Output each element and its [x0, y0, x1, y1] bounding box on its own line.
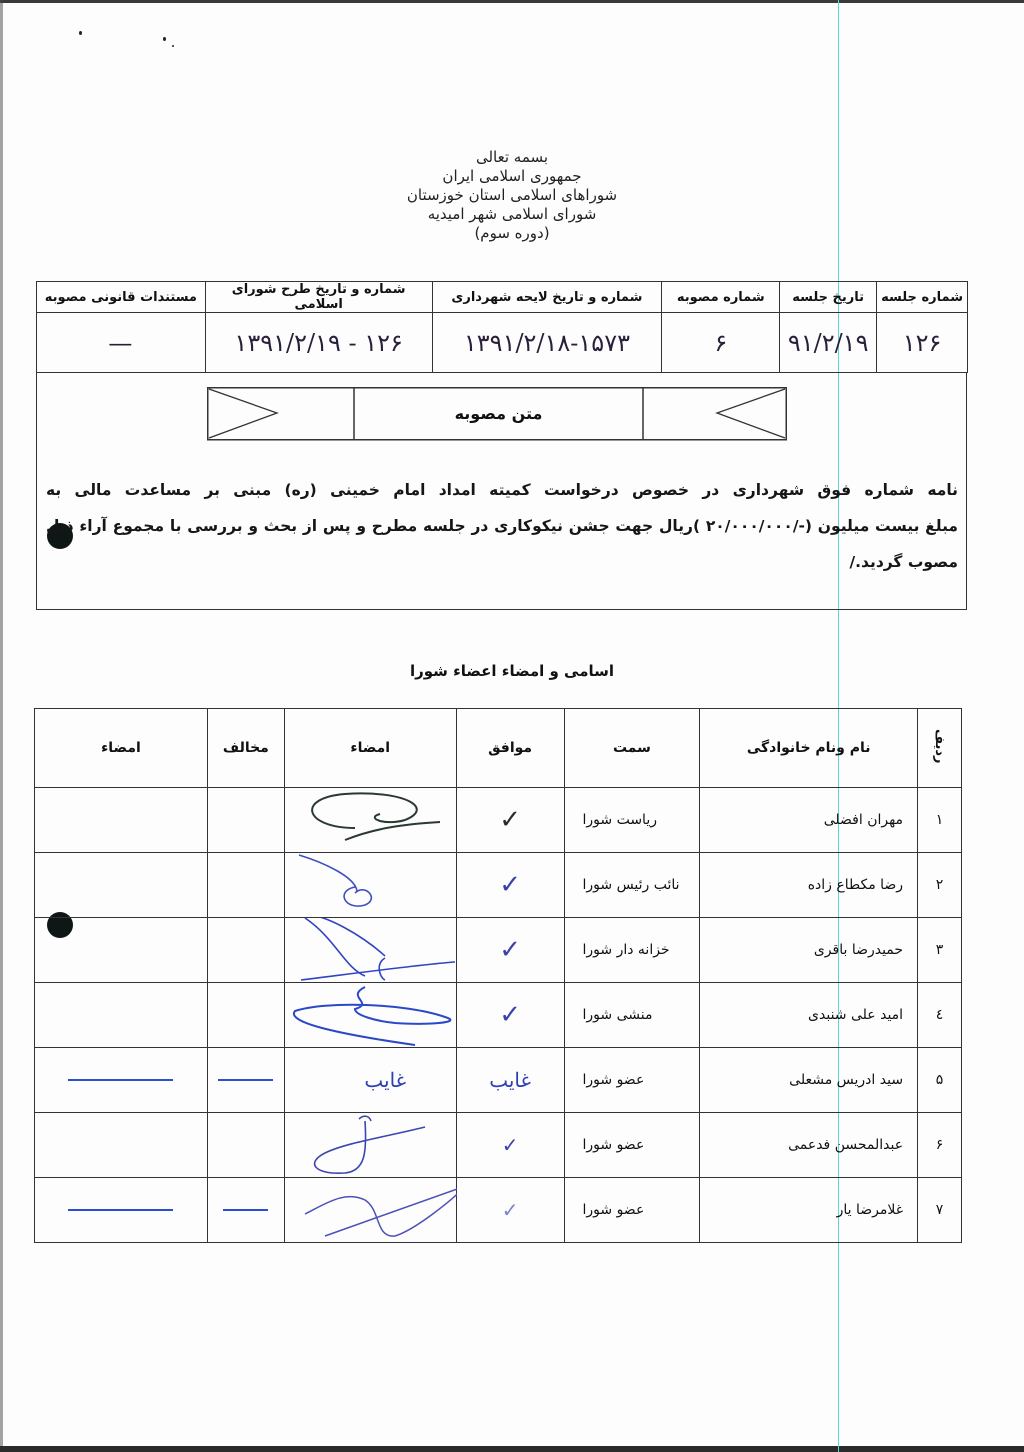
members-section-title: اسامی و امضاء اعضاء شورا: [300, 662, 724, 680]
agree-cell: ✓: [456, 788, 564, 853]
scan-speck: [172, 45, 174, 47]
agree-cell: ✓: [456, 1113, 564, 1178]
dash-mark-icon: [223, 1209, 268, 1211]
resolution-title-banner: متن مصوبه: [207, 387, 787, 440]
signature-cell: [284, 983, 456, 1048]
council-members-table: ردیف نام ونام خانوادگی سمت موافق امضاء م…: [34, 708, 962, 1243]
table-row: ۲ رضا مکطاع زاده نائب رئیس شورا ✓: [35, 853, 962, 918]
disagree-signature-cell: [35, 853, 208, 918]
col-session-date: تاریخ جلسه: [780, 282, 877, 313]
table-row: ٤ امید علی شنبدی منشی شورا ✓: [35, 983, 962, 1048]
dash-mark-icon: [68, 1079, 173, 1081]
checkmark-icon: ✓: [499, 805, 521, 835]
col-resolution-number: شماره مصوبه: [662, 282, 780, 313]
signature-cell: [284, 918, 456, 983]
signature-icon: [285, 853, 457, 917]
member-name: سید ادریس مشعلی: [700, 1048, 918, 1113]
signature-cell: [284, 788, 456, 853]
scan-edge-top: [0, 0, 1024, 3]
col-disagree: مخالف: [207, 709, 284, 788]
disagree-cell: [207, 983, 284, 1048]
col-municipality-bill: شماره و تاریخ لایحه شهرداری: [432, 282, 662, 313]
agree-cell: ✓: [456, 983, 564, 1048]
checkmark-icon: ✓: [502, 1198, 519, 1222]
disagree-signature-cell: [35, 1048, 208, 1113]
row-index: ۵: [918, 1048, 962, 1113]
member-role: ریاست شورا: [564, 788, 700, 853]
member-name: غلامرضا یار: [700, 1178, 918, 1243]
signature-icon: [285, 1113, 457, 1177]
col-council-plan: شماره و تاریخ طرح شورای اسلامی: [205, 282, 432, 313]
checkmark-icon: ✓: [499, 870, 521, 900]
resolution-number-value: ۶: [662, 313, 780, 373]
col-disagree-signature: امضاء: [35, 709, 208, 788]
row-index: ٤: [918, 983, 962, 1048]
scan-speck: [163, 37, 166, 41]
resolution-paragraph: نامه شماره فوق شهرداری در خصوص درخواست ک…: [46, 472, 958, 580]
member-name: رضا مکطاع زاده: [700, 853, 918, 918]
disagree-cell: [207, 853, 284, 918]
disagree-cell: [207, 1178, 284, 1243]
disagree-signature-cell: [35, 1178, 208, 1243]
table-row: ۱ مهران افضلی ریاست شورا ✓: [35, 788, 962, 853]
row-index: ۲: [918, 853, 962, 918]
col-legal-basis: مستندات قانونی مصوبه: [37, 282, 206, 313]
absent-note: غایب: [334, 1068, 406, 1092]
signature-cell: غایب: [284, 1048, 456, 1113]
table-row: ۷ غلامرضا یار عضو شورا ✓: [35, 1178, 962, 1243]
agree-cell: ✓: [456, 918, 564, 983]
disagree-signature-cell: [35, 983, 208, 1048]
member-name: مهران افضلی: [700, 788, 918, 853]
municipality-bill-value: ۱۳۹۱/۲/۱۸-۱۵۷۳: [432, 313, 662, 373]
signature-icon: [285, 788, 457, 852]
scan-edge-bottom: [0, 1446, 1024, 1452]
council-plan-value: ۱۳۹۱/۲/۱۹ - ۱۲۶: [205, 313, 432, 373]
resolution-text-title: متن مصوبه: [354, 387, 643, 440]
checkmark-icon: ✓: [502, 1133, 519, 1157]
table-row: ۳ حمیدرضا باقری خزانه دار شورا ✓: [35, 918, 962, 983]
signature-icon: [285, 918, 457, 982]
disagree-cell: [207, 1113, 284, 1178]
col-position: سمت: [564, 709, 700, 788]
dash-mark-icon: [218, 1079, 273, 1081]
agree-cell: ✓: [456, 853, 564, 918]
heading-line-city-council: شورای اسلامی شهر امیدیه: [300, 205, 724, 224]
agree-cell: ✓: [456, 1178, 564, 1243]
member-name: حمیدرضا باقری: [700, 918, 918, 983]
table-row: ۶ عبدالمحسن فدعمی عضو شورا ✓: [35, 1113, 962, 1178]
disagree-cell: [207, 918, 284, 983]
member-role: منشی شورا: [564, 983, 700, 1048]
table-row: ۵ سید ادریس مشعلی عضو شورا غایب غایب: [35, 1048, 962, 1113]
member-role: عضو شورا: [564, 1113, 700, 1178]
session-number-value: ۱۲۶: [877, 313, 968, 373]
legal-basis-value: —: [37, 313, 206, 373]
col-signature: امضاء: [284, 709, 456, 788]
resolution-info-header-row: شماره جلسه تاریخ جلسه شماره مصوبه شماره …: [37, 282, 968, 313]
resolution-info-values-row: ۱۲۶ ۹۱/۲/۱۹ ۶ ۱۳۹۱/۲/۱۸-۱۵۷۳ ۱۳۹۱/۲/۱۹ -…: [37, 313, 968, 373]
resolution-line-1: نامه شماره فوق شهرداری در خصوص درخواست ک…: [46, 472, 958, 508]
disagree-signature-cell: [35, 1113, 208, 1178]
absent-note: غایب: [489, 1068, 531, 1092]
disagree-cell: [207, 788, 284, 853]
disagree-signature-cell: [35, 918, 208, 983]
scan-speck: [79, 31, 82, 35]
checkmark-icon: ✓: [499, 935, 521, 965]
agree-cell: غایب: [456, 1048, 564, 1113]
member-role: خزانه دار شورا: [564, 918, 700, 983]
row-index: ۳: [918, 918, 962, 983]
signature-icon: [285, 1178, 457, 1242]
session-date-value: ۹۱/۲/۱۹: [780, 313, 877, 373]
heading-line-province-councils: شوراهای اسلامی استان خوزستان: [300, 186, 724, 205]
resolution-line-3: مصوب گردید./: [46, 544, 958, 580]
row-index-label: ردیف: [932, 729, 947, 764]
heading-line-country: جمهوری اسلامی ایران: [300, 167, 724, 186]
heading-line-term: (دوره سوم): [300, 224, 724, 243]
checkmark-icon: ✓: [499, 1000, 521, 1030]
resolution-line-2: مبلغ بیست میلیون (-/۲۰/۰۰۰/۰۰۰ )ریال جهت…: [46, 508, 958, 544]
document-heading: بسمه تعالی جمهوری اسلامی ایران شوراهای ا…: [300, 148, 724, 243]
dash-mark-icon: [68, 1209, 173, 1211]
row-index: ۱: [918, 788, 962, 853]
member-role: عضو شورا: [564, 1178, 700, 1243]
disagree-cell: [207, 1048, 284, 1113]
row-index: ۷: [918, 1178, 962, 1243]
scan-edge-left: [0, 0, 3, 1452]
row-index: ۶: [918, 1113, 962, 1178]
signature-cell: [284, 853, 456, 918]
col-agree: موافق: [456, 709, 564, 788]
heading-line-basmala: بسمه تعالی: [300, 148, 724, 167]
member-name: عبدالمحسن فدعمی: [700, 1113, 918, 1178]
signature-icon: [285, 983, 457, 1047]
member-role: نائب رئیس شورا: [564, 853, 700, 918]
resolution-info-table: شماره جلسه تاریخ جلسه شماره مصوبه شماره …: [36, 281, 968, 373]
members-header-row: ردیف نام ونام خانوادگی سمت موافق امضاء م…: [35, 709, 962, 788]
signature-cell: [284, 1113, 456, 1178]
member-role: عضو شورا: [564, 1048, 700, 1113]
disagree-signature-cell: [35, 788, 208, 853]
col-session-number: شماره جلسه: [877, 282, 968, 313]
col-row-index: ردیف: [918, 709, 962, 788]
member-name: امید علی شنبدی: [700, 983, 918, 1048]
col-full-name: نام ونام خانوادگی: [700, 709, 918, 788]
signature-cell: [284, 1178, 456, 1243]
